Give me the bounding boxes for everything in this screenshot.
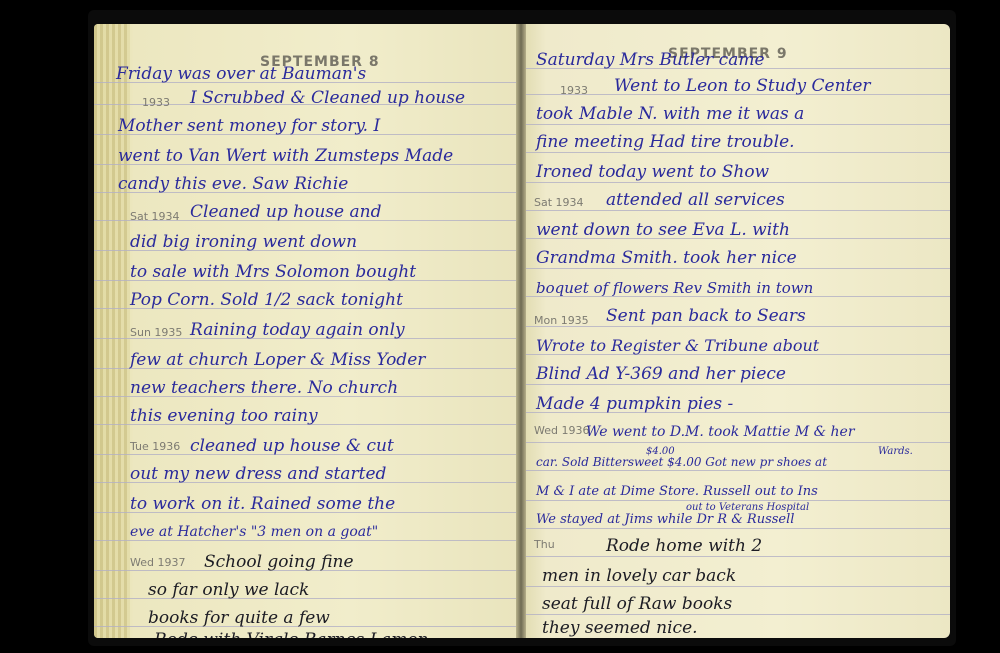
year-label: Sat 1934 [534,196,584,209]
entry-line: out my new dress and started [130,464,386,484]
entry-line: fine meeting Had tire trouble. [536,132,795,152]
entry-line: car. Sold Bittersweet $4.00 Got new pr s… [536,452,827,472]
entry-line: Rode with Virgle Barnes Lamon [154,630,429,638]
entry-line: candy this eve. Saw Richie [118,174,348,194]
interlinear-note: Wards. [878,442,913,462]
entry-line: this evening too rainy [130,406,318,426]
entry-line: did big ironing went down [130,232,357,252]
entry-line: Mother sent money for story. I [118,116,380,136]
year-label: Thu [534,538,555,551]
year-label: Mon 1935 [534,314,589,327]
entry-line: Rode home with 2 [606,536,762,556]
open-diary-book: SEPTEMBER 8 1933 Sat 1934 Sun 1935 Tue 1… [88,10,956,646]
entry-line: We went to D.M. took Mattie M & her [586,422,855,442]
entry-line: I Scrubbed & Cleaned up house [190,88,465,108]
entry-line: few at church Loper & Miss Yoder [130,350,425,370]
entry-line: went down to see Eva L. with [536,220,790,240]
interlinear-note: out to Veterans Hospital [686,498,809,518]
entry-line: Cleaned up house and [190,202,381,222]
entry-line: Sent pan back to Sears [606,306,806,326]
entry-line: Pop Corn. Sold 1/2 sack tonight [130,290,403,310]
right-page: SEPTEMBER 9 1933 Sat 1934 Mon 1935 Wed 1… [526,24,950,638]
entry-line: Friday was over at Bauman's [116,64,366,84]
year-label: Sat 1934 [130,210,180,223]
entry-line: seat full of Raw books [542,594,732,614]
entry-line: attended all services [606,190,785,210]
entry-line: so far only we lack [148,580,309,600]
entry-line: men in lovely car back [542,566,736,586]
year-label: Wed 1937 [130,556,185,569]
entry-line: cleaned up house & cut [190,436,394,456]
book-spine [516,24,526,638]
entry-line: Grandma Smith. took her nice [536,248,797,268]
entry-line: Ironed today went to Show [536,162,769,182]
entry-line: books for quite a few [148,608,330,628]
entry-line: took Mable N. with me it was a [536,104,804,124]
entry-line: eve at Hatcher's "3 men on a goat" [130,522,378,542]
left-page: SEPTEMBER 8 1933 Sat 1934 Sun 1935 Tue 1… [94,24,522,638]
year-label: Sun 1935 [130,326,182,339]
entry-line: Wrote to Register & Tribune about [536,336,819,356]
entry-line: Blind Ad Y-369 and her piece [536,364,786,384]
entry-line: new teachers there. No church [130,378,398,398]
entry-line: School going fine [204,552,354,572]
year-label: Wed 1936 [534,424,589,437]
entry-line: went to Van Wert with Zumsteps Made [118,146,453,166]
entry-line: Made 4 pumpkin pies - [536,394,733,414]
entry-line: boquet of flowers Rev Smith in town [536,278,813,298]
entry-line: to work on it. Rained some the [130,494,395,514]
year-label: Tue 1936 [130,440,180,453]
entry-line: they seemed nice. [542,618,698,638]
entry-line: Saturday Mrs Butler came [536,50,765,70]
year-label: 1933 [560,84,588,97]
interlinear-note: $4.00 [646,442,675,462]
entry-line: Raining today again only [190,320,405,340]
entry-line: to sale with Mrs Solomon bought [130,262,416,282]
year-label: 1933 [142,96,170,109]
entry-line: Went to Leon to Study Center [614,76,871,96]
